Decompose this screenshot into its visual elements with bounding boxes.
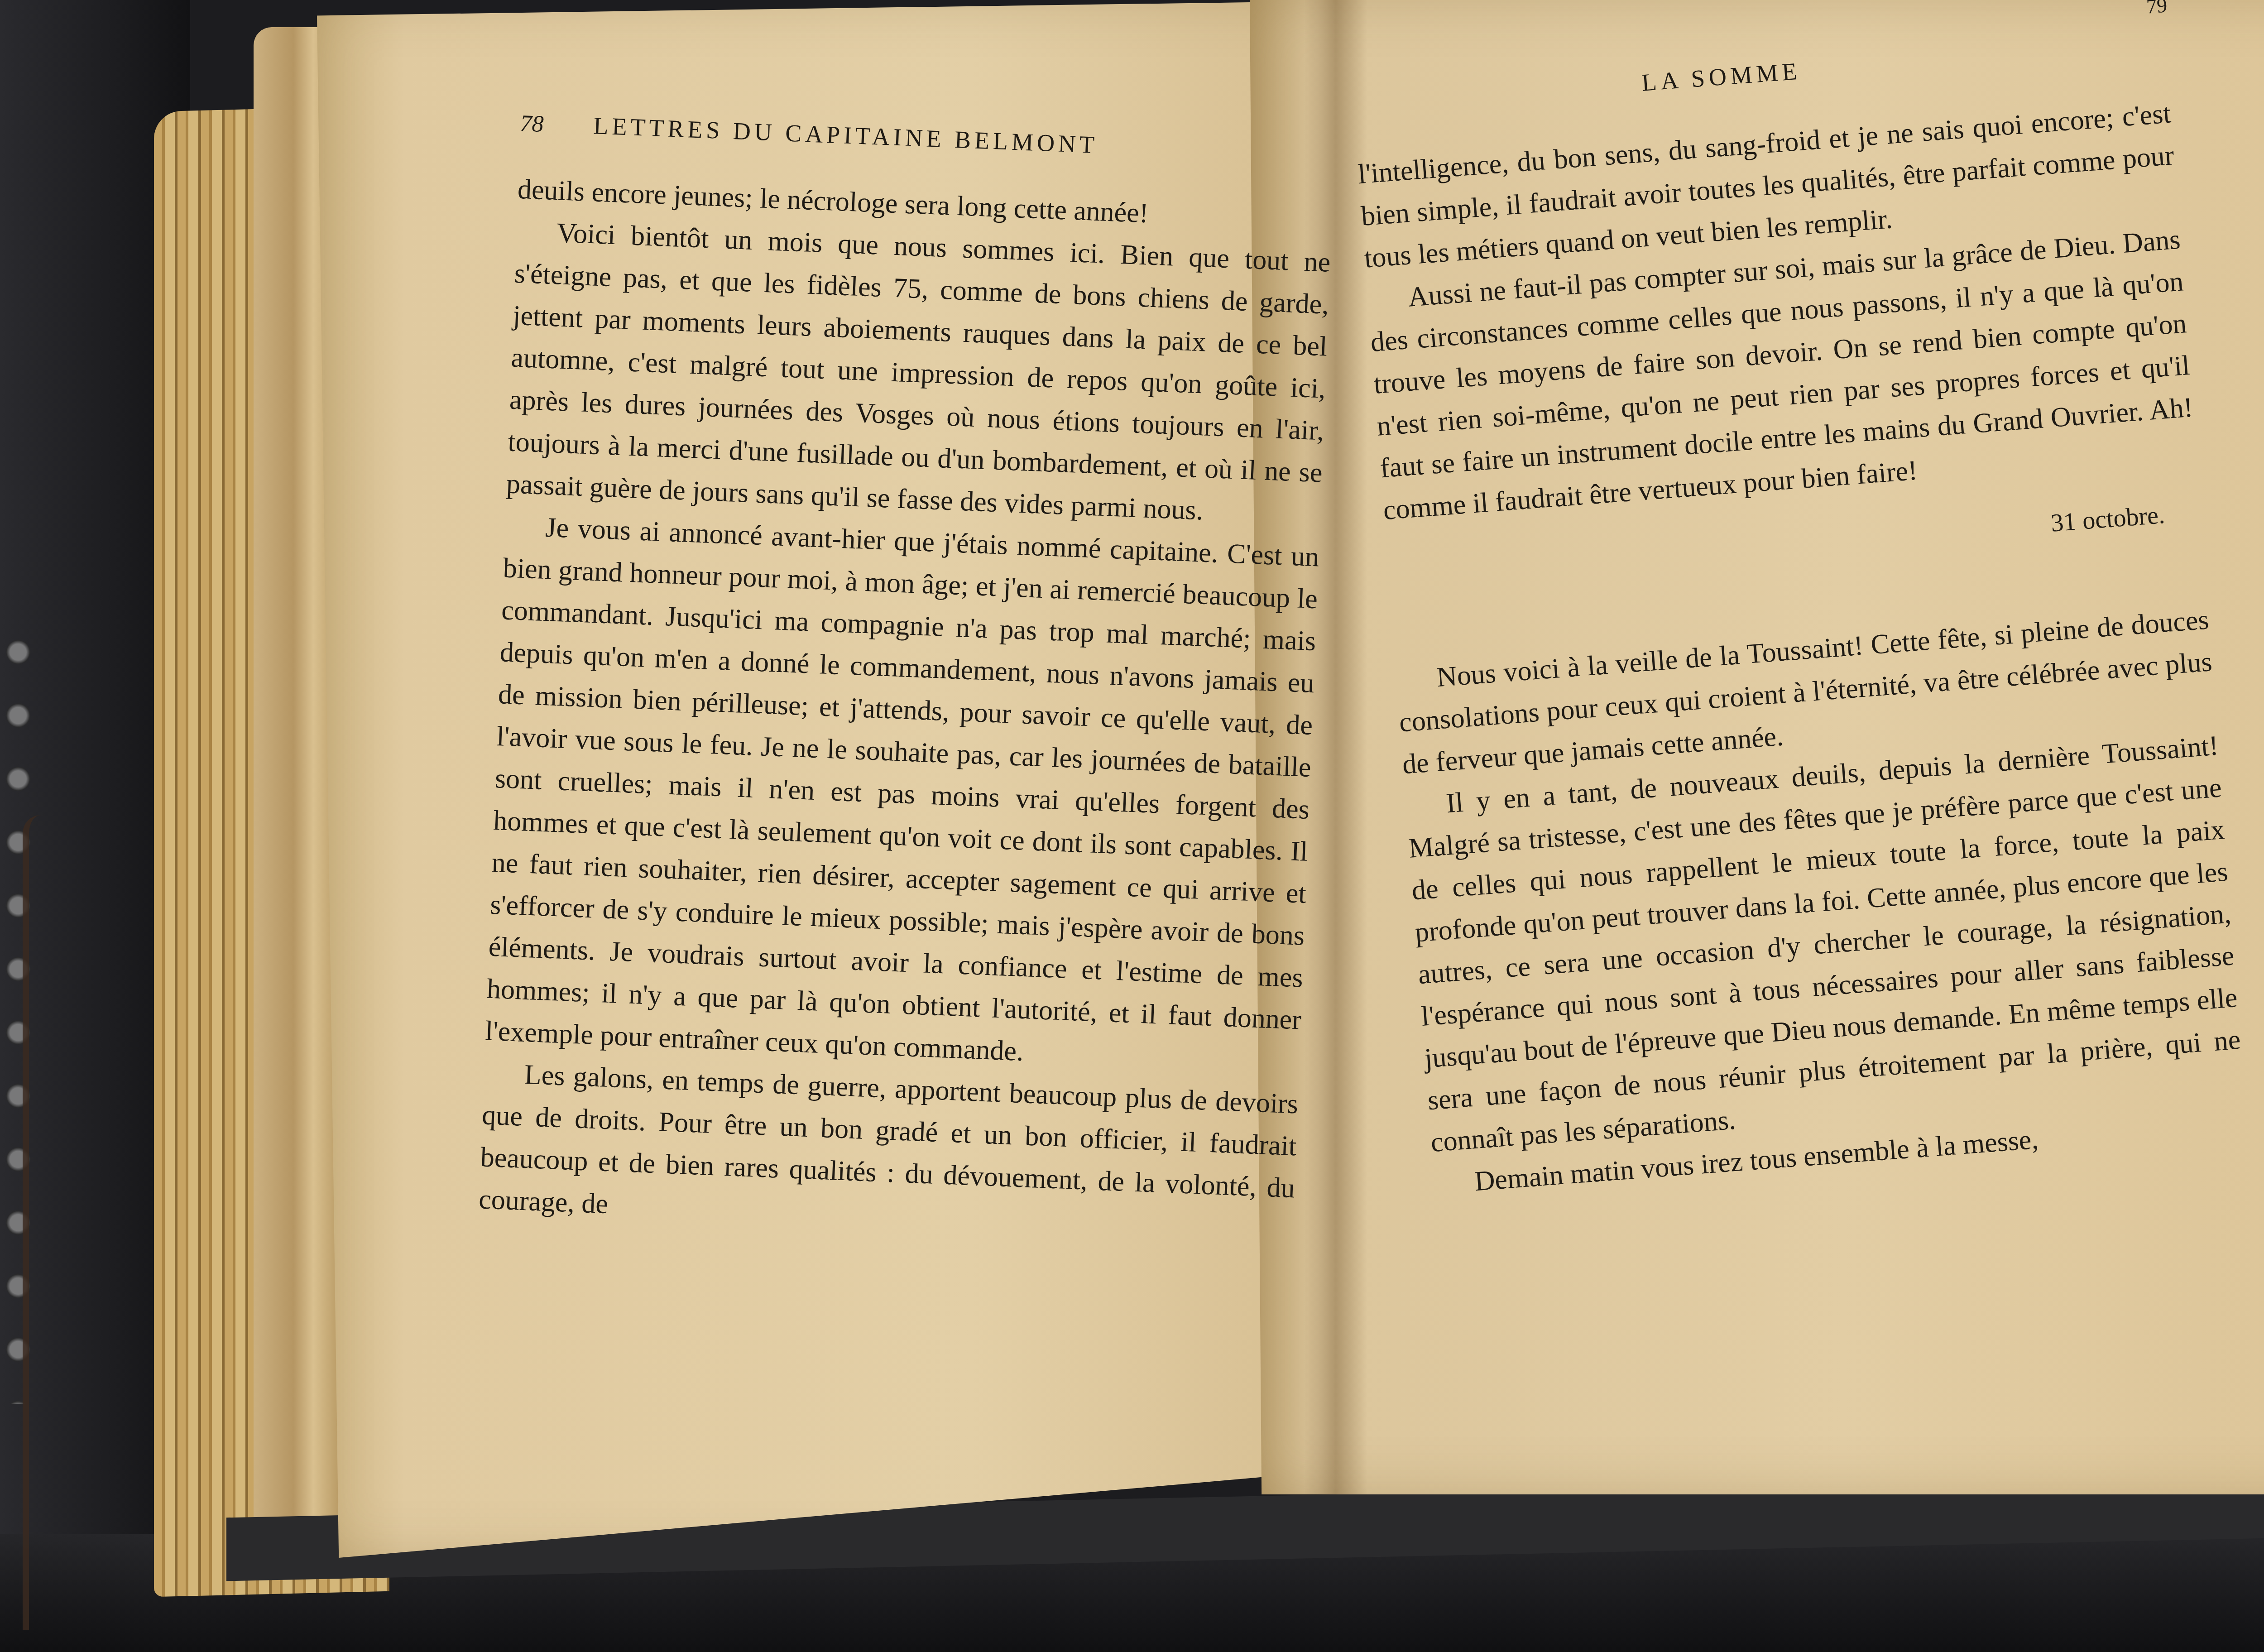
- page-number-left: 78: [520, 110, 544, 138]
- paragraph: Voici bientôt un mois que nous sommes ic…: [505, 211, 1331, 537]
- right-page-text: LA SOMME 79 l'intelligence, du bon sens,…: [1349, 0, 2248, 1206]
- running-head-title-right: LA SOMME: [1640, 57, 1802, 96]
- paragraph: Il y en a tant, de nouveaux deuils, depu…: [1404, 725, 2245, 1164]
- paragraph: Je vous ai annoncé avant-hier que j'étai…: [484, 505, 1320, 1083]
- left-page-text: 78 LETTRES DU CAPITAINE BELMONT deuils e…: [478, 109, 1335, 1252]
- bookmark-cord: [23, 815, 47, 1630]
- paragraph: Les galons, en temps de guerre, apporten…: [478, 1052, 1299, 1252]
- page-number-right: 79: [2145, 0, 2168, 19]
